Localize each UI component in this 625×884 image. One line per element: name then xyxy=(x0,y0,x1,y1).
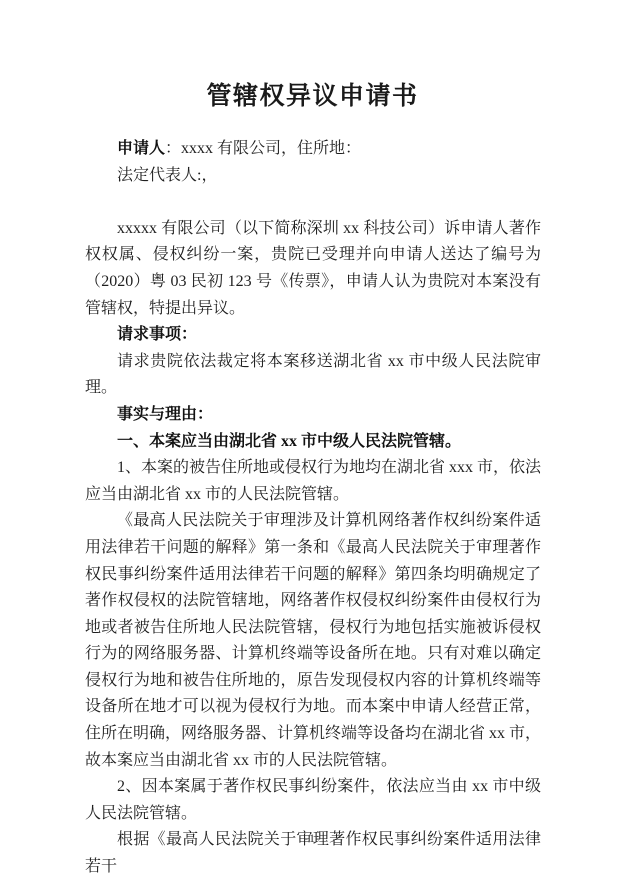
point-one-item-1: 1、本案的被告住所地或侵权行为地均在湖北省 xxx 市，依法应当由湖北省 xx … xyxy=(85,455,541,508)
legal-representative-line-text-run: 法定代表人:， xyxy=(117,167,217,184)
blank-line xyxy=(85,189,541,216)
request-content-text-run: 请求贵院依法裁定将本案移送湖北省 xx 市中级人民法院审理。 xyxy=(85,353,541,397)
request-heading: 请求事项： xyxy=(85,322,541,349)
legal-basis-paragraph: 《最高人民法院关于审理涉及计算机网络著作权纠纷案件适用法律若干问题的解释》第一条… xyxy=(85,508,541,774)
applicant-line-bold-run: 申请人 xyxy=(117,140,165,157)
case-intro-paragraph-text-run: xxxxx 有限公司（以下简称深圳 xx 科技公司）诉申请人著作权权属、侵权纠纷… xyxy=(85,220,541,317)
facts-and-reasons-heading-bold-run: 事实与理由： xyxy=(117,406,213,423)
point-one-item-2-text-run: 2、因本案属于著作权民事纠纷案件，依法应当由 xx 市中级人民法院管辖。 xyxy=(85,778,541,822)
applicant-line: 申请人：xxxx 有限公司，住所地： xyxy=(85,136,541,163)
point-one-heading-bold-run: 一、本案应当由湖北省 xx 市中级人民法院管辖。 xyxy=(117,433,461,450)
request-heading-bold-run: 请求事项： xyxy=(117,326,197,343)
applicant-line-text-run: ：xxxx 有限公司，住所地： xyxy=(165,140,361,157)
document-title: 管辖权异议申请书 xyxy=(0,80,625,113)
request-content: 请求贵院依法裁定将本案移送湖北省 xx 市中级人民法院审理。 xyxy=(85,349,541,402)
facts-and-reasons-heading: 事实与理由： xyxy=(85,402,541,429)
case-intro-paragraph: xxxxx 有限公司（以下简称深圳 xx 科技公司）诉申请人著作权权属、侵权纠纷… xyxy=(85,216,541,322)
point-one-item-1-text-run: 1、本案的被告住所地或侵权行为地均在湖北省 xxx 市，依法应当由湖北省 xx … xyxy=(85,459,541,503)
legal-representative-line: 法定代表人:， xyxy=(85,163,541,190)
point-one-item-2: 2、因本案属于著作权民事纠纷案件，依法应当由 xx 市中级人民法院管辖。 xyxy=(85,774,541,827)
legal-basis-paragraph-text-run: 《最高人民法院关于审理涉及计算机网络著作权纠纷案件适用法律若干问题的解释》第一条… xyxy=(85,512,541,768)
document-body: 申请人：xxxx 有限公司，住所地：法定代表人:，xxxxx 有限公司（以下简称… xyxy=(85,136,541,881)
point-one-heading: 一、本案应当由湖北省 xx 市中级人民法院管辖。 xyxy=(85,429,541,456)
page-number: -1- xyxy=(0,831,625,846)
document-page: 管辖权异议申请书 申请人：xxxx 有限公司，住所地：法定代表人:，xxxxx … xyxy=(0,0,625,884)
